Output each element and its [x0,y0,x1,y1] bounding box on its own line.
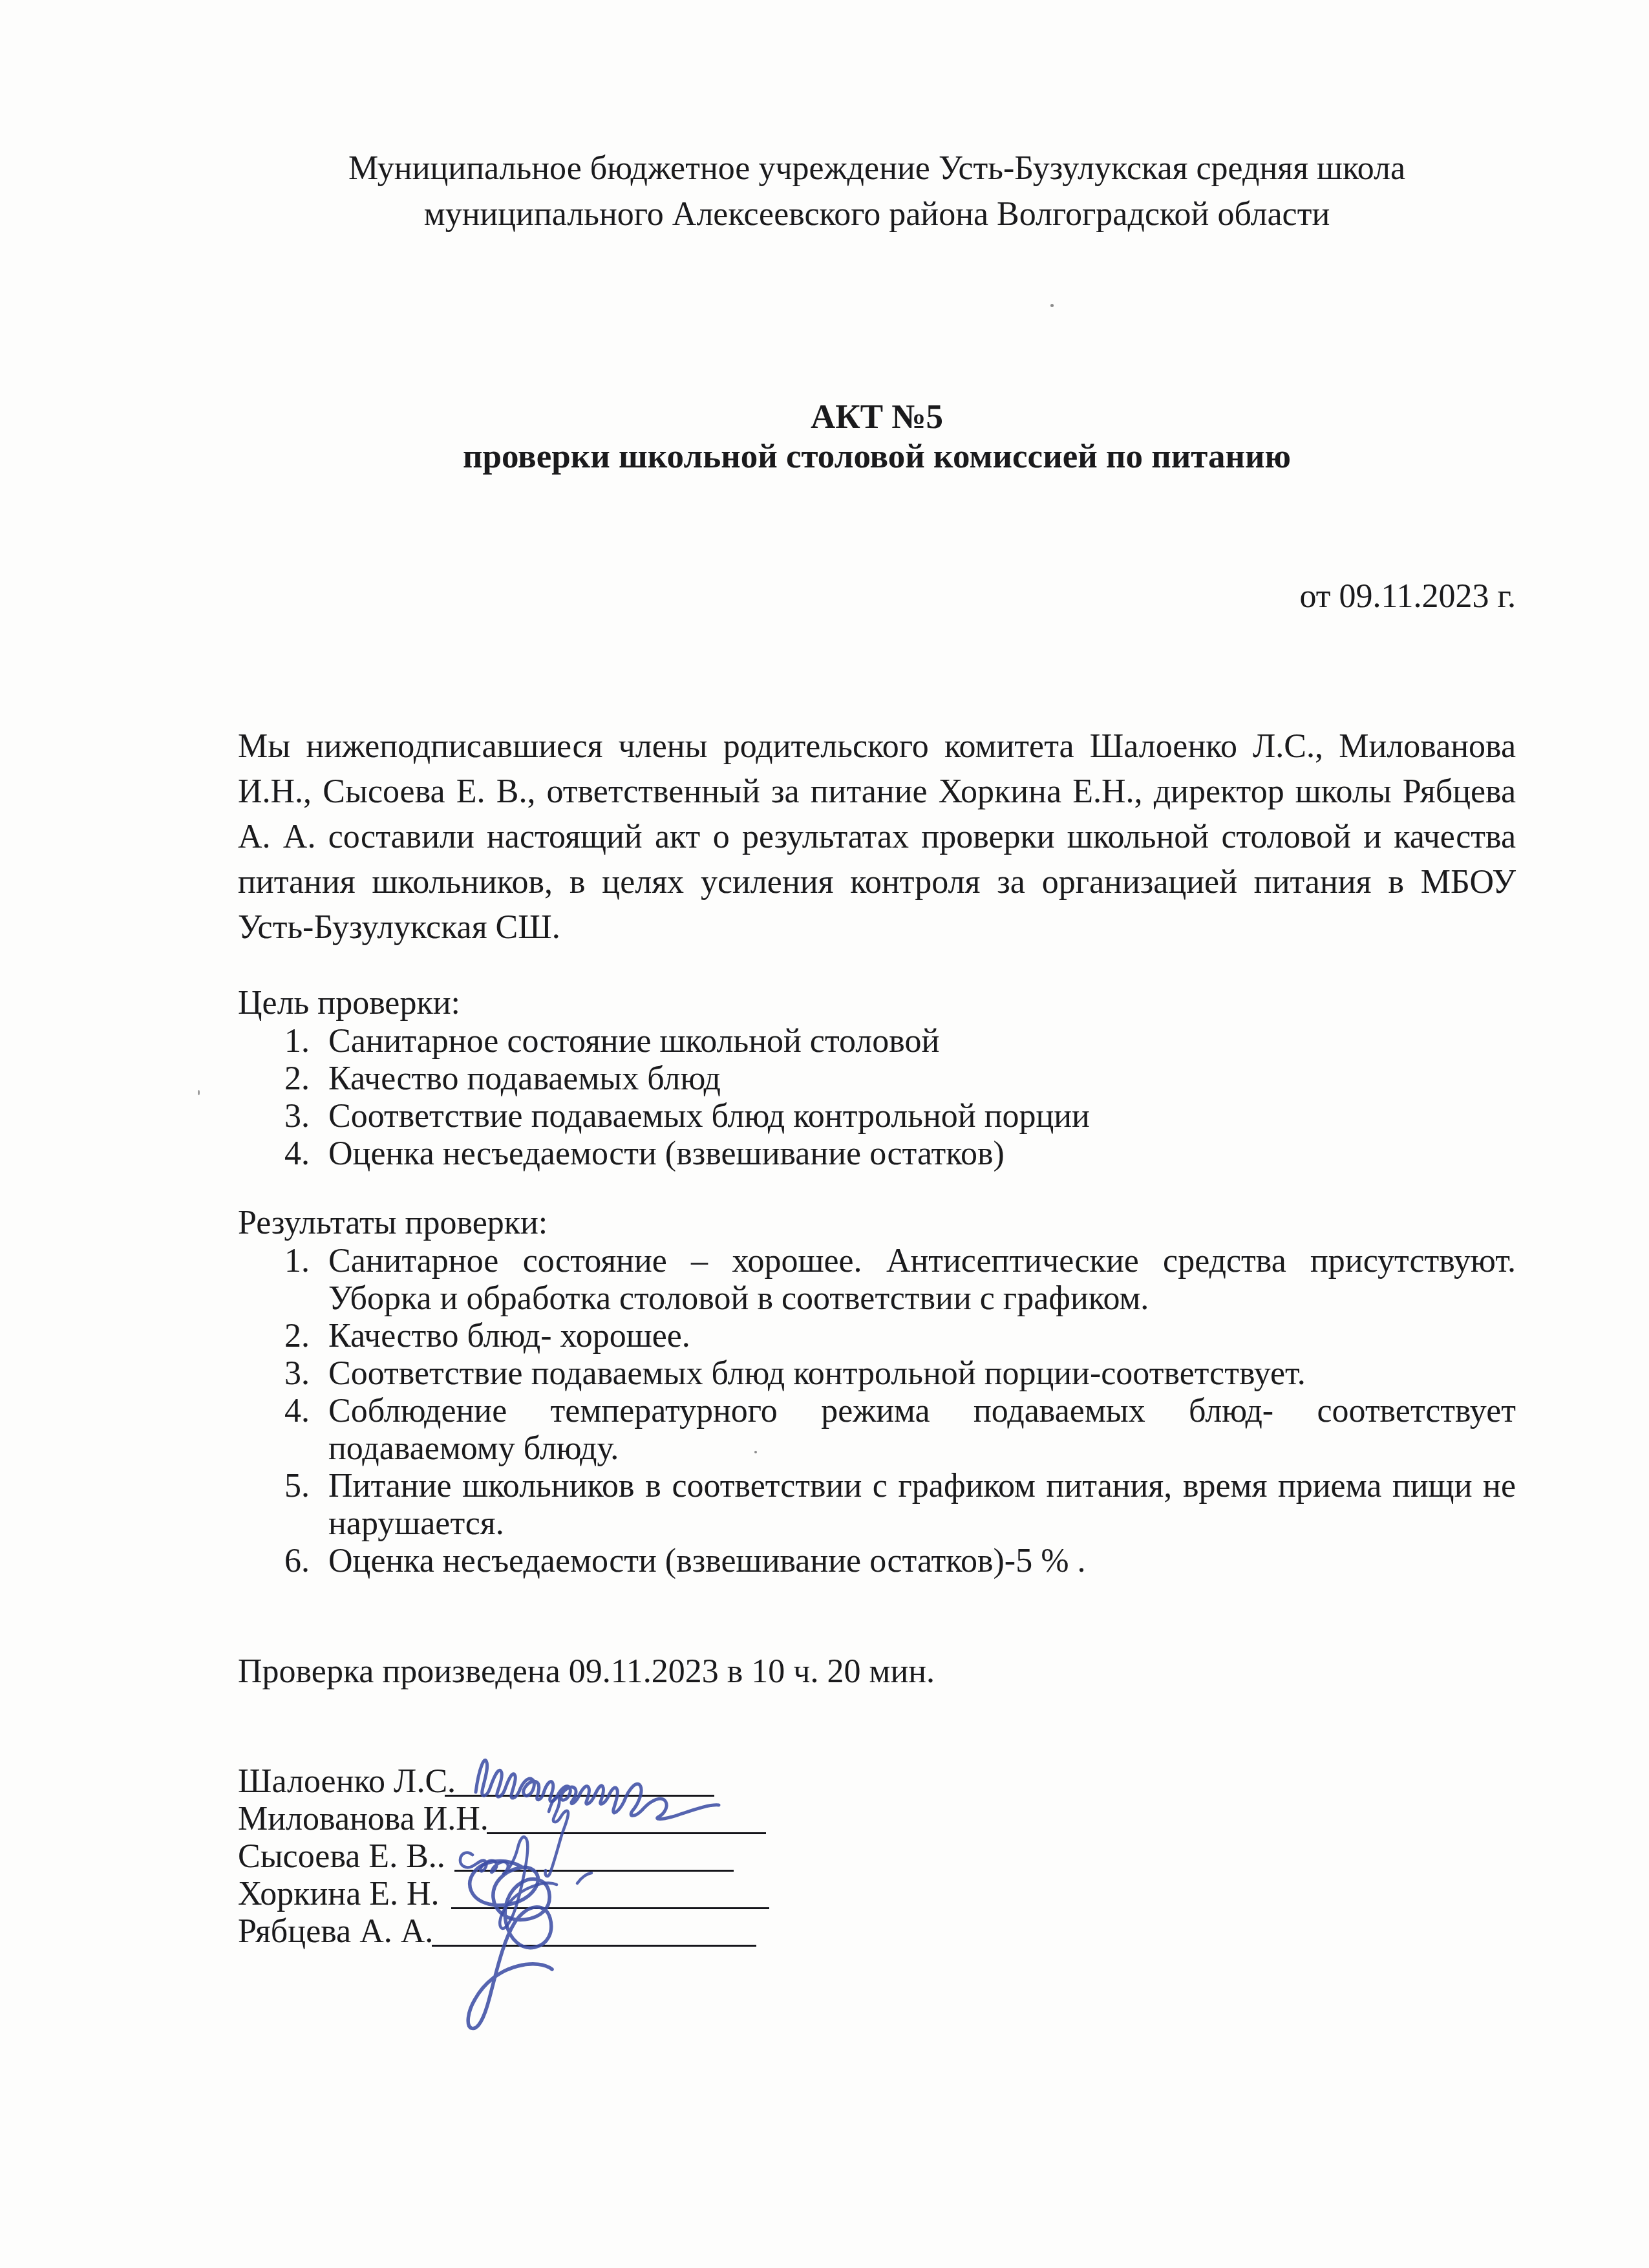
results-list-item: 2. Качество блюд- хорошее. [284,1318,1516,1355]
list-item-text: Оценка несъедаемости (взвешивание остатк… [328,1135,1005,1172]
signature-line [432,1945,756,1947]
signatory-name: Сысоева Е. В.. [238,1838,445,1875]
intro-paragraph: Мы нижеподписавшиеся члены родительского… [238,724,1516,950]
results-list-item: 1. Санитарное состояние – хорошее. Антис… [284,1243,1516,1318]
signature-line [451,1907,769,1909]
list-item-number: 3. [284,1355,310,1393]
signature-row: Хоркина Е. Н. [238,1875,1516,1912]
list-item-number: 6. [284,1543,310,1580]
signatory-name: Шалоенко Л.С. [238,1763,456,1800]
list-item-text: Качество блюд- хорошее. [328,1318,690,1354]
document-title: АКТ №5 проверки школьной столовой комисс… [238,398,1516,476]
act-number: АКТ №5 [238,398,1516,437]
signatory-name: Милованова И.Н. [238,1801,489,1837]
org-header-line2: муниципального Алексеевского района Волг… [238,191,1516,237]
list-item-text: Соблюдение температурного режима подавае… [328,1393,1516,1467]
list-item-number: 4. [284,1393,310,1430]
scan-speck [198,1090,200,1095]
signature-row: Сысоева Е. В.. [238,1837,1516,1875]
list-item-number: 1. [284,1023,310,1060]
signature-line [454,1870,734,1872]
list-item-number: 5. [284,1468,310,1505]
signature-row: Шалоенко Л.С. [238,1762,1516,1800]
signatory-name: Рябцева А. А. [238,1913,433,1950]
results-list-item: 4. Соблюдение температурного режима пода… [284,1393,1516,1468]
date-line: от 09.11.2023 г. [238,577,1516,615]
list-item-number: 1. [284,1243,310,1280]
signature-row: Милованова И.Н. [238,1800,1516,1837]
goals-list-item: 4. Оценка несъедаемости (взвешивание ост… [284,1135,1516,1173]
org-header-line1: Муниципальное бюджетное учреждение Усть-… [238,145,1516,191]
goals-section-label: Цель проверки: [238,984,460,1022]
goals-list-item: 2. Качество подаваемых блюд [284,1060,1516,1098]
document-page: Муниципальное бюджетное учреждение Усть-… [0,0,1649,2268]
act-subtitle: проверки школьной столовой комиссией по … [238,437,1516,476]
results-list-item: 6. Оценка несъедаемости (взвешивание ост… [284,1543,1516,1580]
list-item-text: Оценка несъедаемости (взвешивание остатк… [328,1543,1085,1579]
signatory-name: Хоркина Е. Н. [238,1876,440,1912]
scan-speck [1050,304,1054,307]
signature-row: Рябцева А. А. [238,1912,1516,1950]
signature-block: Шалоенко Л.С. Милованова И.Н. Сысоева Е.… [238,1762,1516,1950]
list-item-text: Санитарное состояние – хорошее. Антисепт… [328,1243,1516,1317]
list-item-text: Соответствие подаваемых блюд контрольной… [328,1355,1306,1392]
signature-line [487,1832,766,1834]
inspection-time-line: Проверка произведена 09.11.2023 в 10 ч. … [238,1653,935,1691]
goals-list: 1. Санитарное состояние школьной столово… [284,1023,1516,1173]
list-item-text: Питание школьников в соответствии с граф… [328,1468,1516,1542]
list-item-number: 2. [284,1318,310,1355]
list-item-number: 3. [284,1098,310,1135]
scan-speck [754,1451,757,1453]
goals-list-item: 3. Соответствие подаваемых блюд контроль… [284,1098,1516,1135]
list-item-text: Санитарное состояние школьной столовой [328,1023,939,1060]
results-list: 1. Санитарное состояние – хорошее. Антис… [284,1243,1516,1580]
signature-line [445,1795,714,1797]
results-section-label: Результаты проверки: [238,1204,548,1242]
results-list-item: 5. Питание школьников в соответствии с г… [284,1468,1516,1543]
org-header: Муниципальное бюджетное учреждение Усть-… [238,145,1516,237]
list-item-number: 4. [284,1135,310,1173]
list-item-text: Соответствие подаваемых блюд контрольной… [328,1098,1090,1135]
list-item-number: 2. [284,1060,310,1098]
list-item-text: Качество подаваемых блюд [328,1060,721,1097]
results-list-item: 3. Соответствие подаваемых блюд контроль… [284,1355,1516,1393]
goals-list-item: 1. Санитарное состояние школьной столово… [284,1023,1516,1060]
